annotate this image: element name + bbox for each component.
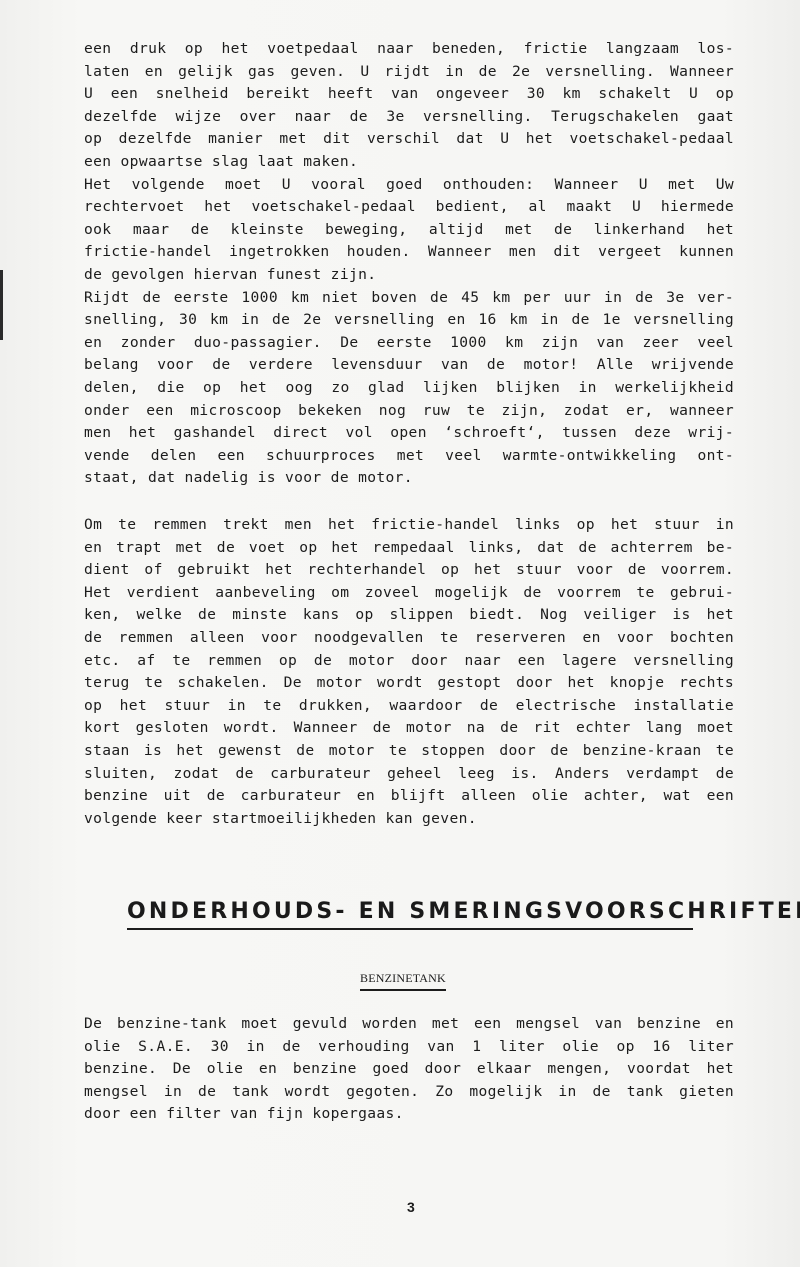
text-line: dezelfde wijze over naar de 3e versnelli… (84, 106, 734, 129)
text-line: een opwaartse slag laat maken. (84, 151, 734, 174)
text-line: dient of gebruikt het rechterhandel op h… (84, 559, 734, 582)
text-line: de remmen alleen voor noodgevallen te re… (84, 627, 734, 650)
text-line: Het verdient aanbeveling om zoveel mogel… (84, 582, 734, 605)
text-line: op dezelfde manier met dit verschil dat … (84, 128, 734, 151)
text-line: laten en gelijk gas geven. U rijdt in de… (84, 61, 734, 84)
section-heading: ONDERHOUDS- EN SMERINGSVOORSCHRIFTEN (127, 899, 693, 930)
text-line: ken, welke de minste kans op slippen bie… (84, 604, 734, 627)
page-number: 3 (407, 1199, 415, 1215)
text-line: snelling, 30 km in de 2e versnelling en … (84, 309, 734, 332)
paragraph-braking-instructions: Om te remmen trekt men het frictie-hande… (84, 514, 734, 830)
text-line: belang voor de verdere levensduur van de… (84, 354, 734, 377)
text-line: etc. af te remmen op de motor door naar … (84, 650, 734, 673)
text-line: Het volgende moet U vooral goed onthoude… (84, 174, 734, 197)
binding-mark (0, 270, 3, 340)
text-line: volgende keer startmoeilijkheden kan gev… (84, 808, 734, 831)
text-line: vende delen een schuurproces met veel wa… (84, 445, 734, 468)
text-line: staat, dat nadelig is voor de motor. (84, 467, 734, 490)
text-line: kort gesloten wordt. Wanneer de motor na… (84, 717, 734, 740)
text-line: onder een microscoop bekeken nog ruw te … (84, 400, 734, 423)
text-line: een druk op het voetpedaal naar beneden,… (84, 38, 734, 61)
text-line: rechtervoet het voetschakel-pedaal bedie… (84, 196, 734, 219)
text-line: mengsel in de tank wordt gegoten. Zo mog… (84, 1081, 734, 1104)
text-line: sluiten, zodat de carburateur geheel lee… (84, 763, 734, 786)
text-line: men het gashandel direct vol open ‘schro… (84, 422, 734, 445)
text-line: door een filter van fijn kopergaas. (84, 1103, 734, 1126)
text-line: staan is het gewenst de motor te stoppen… (84, 740, 734, 763)
scanned-page: een druk op het voetpedaal naar beneden,… (0, 0, 800, 1267)
subsection-heading: BENZINETANK (360, 971, 446, 991)
text-line: Rijdt de eerste 1000 km niet boven de 45… (84, 287, 734, 310)
text-line: ook maar de kleinste beweging, altijd me… (84, 219, 734, 242)
text-line: frictie-handel ingetrokken houden. Wanne… (84, 241, 734, 264)
text-line: benzine. De olie en benzine goed door el… (84, 1058, 734, 1081)
text-line: de gevolgen hiervan funest zijn. (84, 264, 734, 287)
text-line: olie S.A.E. 30 in de verhouding van 1 li… (84, 1036, 734, 1059)
text-line: terug te schakelen. De motor wordt gesto… (84, 672, 734, 695)
text-line: op het stuur in te drukken, waardoor de … (84, 695, 734, 718)
text-line: en zonder duo-passagier. De eerste 1000 … (84, 332, 734, 355)
text-line: en trapt met de voet op het rempedaal li… (84, 537, 734, 560)
text-line: delen, die op het oog zo glad lijken bli… (84, 377, 734, 400)
paragraph-riding-instructions: een druk op het voetpedaal naar beneden,… (84, 38, 734, 490)
text-line: Om te remmen trekt men het frictie-hande… (84, 514, 734, 537)
text-line: benzine uit de carburateur en blijft all… (84, 785, 734, 808)
text-line: De benzine-tank moet gevuld worden met e… (84, 1013, 734, 1036)
text-line: U een snelheid bereikt heeft van ongevee… (84, 83, 734, 106)
paragraph-fuel-tank: De benzine-tank moet gevuld worden met e… (84, 1013, 734, 1126)
